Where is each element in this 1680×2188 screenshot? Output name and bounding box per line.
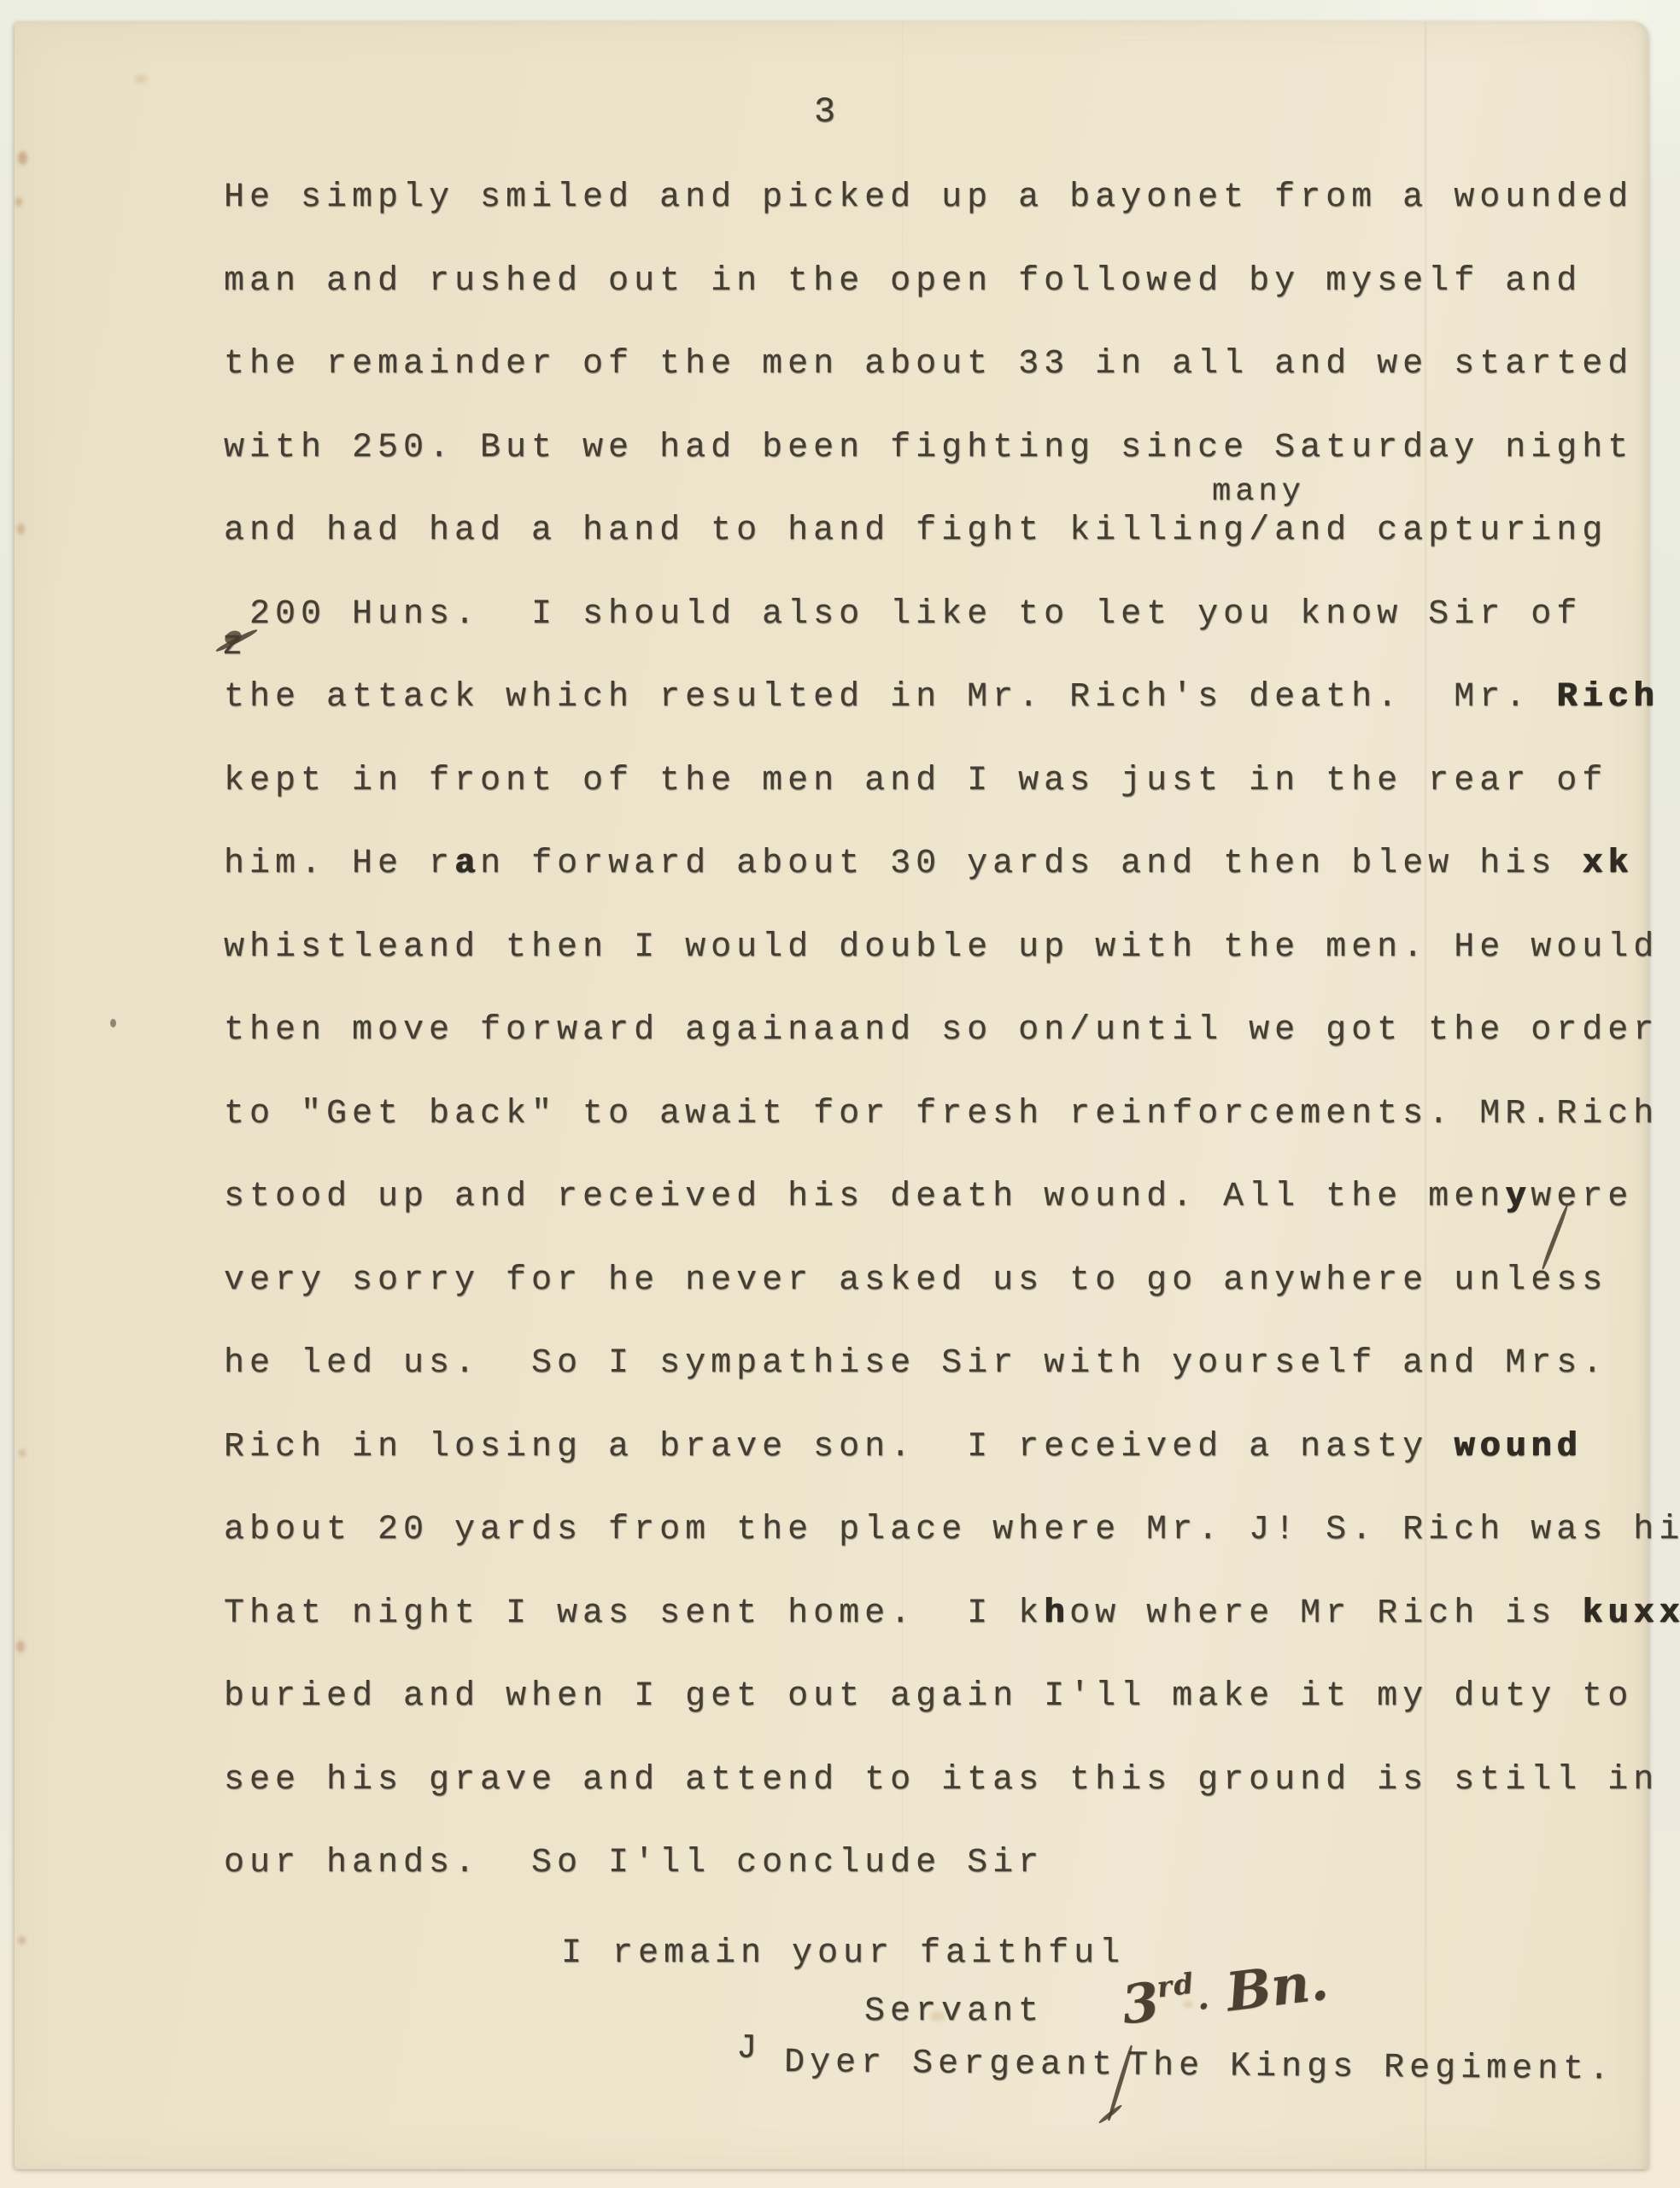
paper-stain — [15, 197, 22, 207]
typed-segment: about 20 yards from the place where Mr. … — [224, 1511, 1680, 1549]
paper-stain — [19, 1449, 26, 1457]
typed-segment: Dyer Sergeant — [784, 2044, 1117, 2085]
typed-segment: the remainder of the men about 33 in all… — [224, 345, 1633, 383]
closing-line-servant: Servant — [864, 1992, 1044, 2031]
typed-segment-overtyped: h — [1044, 1594, 1069, 1633]
paper-stain — [1183, 2001, 1193, 2008]
typed-line: buried and when I get out again I'll mak… — [224, 1655, 1680, 1739]
typed-segment: our hands. So I'll conclude Sir — [224, 1844, 1044, 1882]
typed-segment-overtyped: y — [1505, 1178, 1531, 1216]
typed-line: He simply smiled and picked up a bayonet… — [224, 156, 1680, 240]
typed-segment: He simply smiled and picked up a bayonet… — [224, 178, 1633, 217]
paper-stain — [16, 1641, 25, 1653]
typed-segment: he led us. So I sympathise Sir with your… — [224, 1344, 1607, 1383]
typed-segment: 200 Huns. I should also like to let you … — [224, 595, 1582, 634]
handwritten-battalion-abbrev: Bn. — [1204, 1950, 1332, 2027]
typed-segment: then move forward againaand so on/until … — [224, 1011, 1659, 1050]
typed-segment-raised: J — [736, 2030, 762, 2068]
typed-segment-overtyped: kuxxi — [1582, 1594, 1680, 1633]
typed-segment: the attack which resulted in Mr. Rich's … — [224, 678, 1556, 717]
typed-segment: buried and when I get out again I'll mak… — [224, 1677, 1633, 1716]
letter-page: 3 He simply smiled and picked up a bayon… — [15, 21, 1648, 2169]
typed-line: stood up and received his death wound. A… — [224, 1155, 1680, 1239]
typed-segment: see his grave and attend to itas this gr… — [224, 1761, 1659, 1799]
typed-line: man and rushed out in the open followed … — [224, 240, 1680, 324]
typed-line: and had had a hand to hand fight killing… — [224, 489, 1680, 573]
scanned-letter-background: { "document": { "kind": "typewritten let… — [0, 0, 1680, 2188]
paper-stain — [18, 151, 27, 165]
handwritten-battalion-annotation: 3rd. Bn. — [1118, 1950, 1331, 2037]
typed-line: the attack which resulted in Mr. Rich's … — [224, 656, 1680, 740]
closing-line-faithful: I remain your faithful — [561, 1934, 1125, 1973]
typed-segment: Rich in losing a brave son. I received a… — [224, 1428, 1454, 1466]
typed-segment: man and rushed out in the open followed … — [224, 262, 1582, 301]
typed-segment: I remain your faithful — [561, 1934, 1125, 1973]
typed-line: see his grave and attend to itas this gr… — [224, 1739, 1680, 1822]
typed-line: kept in front of the men and I was just … — [224, 740, 1680, 823]
typed-line: Rich in losing a brave son. I received a… — [224, 1406, 1680, 1489]
typed-segment: and had had a hand to hand fight killing… — [224, 512, 1607, 550]
typed-segment: stood up and received his death wound. A… — [224, 1178, 1505, 1216]
typed-segment: with 250. But we had been fighting since… — [224, 429, 1633, 467]
typed-segment: were — [1531, 1178, 1633, 1216]
typed-segment: to "Get back" to await for fresh reinfor… — [224, 1095, 1659, 1133]
typed-segment-overtyped: a — [454, 845, 480, 883]
typed-segment-overtyped: wound — [1454, 1428, 1582, 1466]
typed-line: him. He ran forward about 30 yards and t… — [224, 822, 1680, 906]
paper-stain — [134, 74, 148, 84]
typed-segment-overtyped: xk — [1582, 845, 1633, 883]
typed-line: he led us. So I sympathise Sir with your… — [224, 1322, 1680, 1406]
typed-segment-after-caret: The Kings Regiment. — [1127, 2047, 1614, 2090]
typed-line: whistleand then I would double up with t… — [224, 906, 1680, 990]
typed-segment: him. He r — [224, 845, 454, 883]
signature-line: JDyer SergeantThe Kings Regiment. — [736, 2044, 1615, 2090]
handwritten-ordinal-suffix: rd — [1155, 1966, 1197, 2004]
typed-line: the remainder of the men about 33 in all… — [224, 323, 1680, 407]
typed-line: very sorry for he never asked us to go a… — [224, 1239, 1680, 1323]
typed-segment: ow where Mr Rich is — [1069, 1594, 1582, 1633]
typed-segment: That night I was sent home. I k — [224, 1594, 1044, 1633]
typed-line: about 20 yards from the place where Mr. … — [224, 1489, 1680, 1572]
typed-line: our hands. So I'll conclude Sir — [224, 1822, 1680, 1905]
typed-line: then move forward againaand so on/until … — [224, 989, 1680, 1073]
typed-segment: n forward about 30 yards and then blew h… — [480, 845, 1582, 883]
interline-insertion-word: many — [1212, 474, 1305, 510]
typed-line: That night I was sent home. I khow where… — [224, 1572, 1680, 1656]
typed-segment: kept in front of the men and I was just … — [224, 762, 1607, 800]
stray-ink-mark — [110, 1019, 116, 1027]
struck-out-character: z — [222, 626, 248, 664]
typed-segment: very sorry for he never asked us to go a… — [224, 1261, 1607, 1300]
typed-segment-overtyped: Rich — [1556, 678, 1659, 717]
paper-stain — [930, 2011, 945, 2021]
paper-stain — [18, 1936, 26, 1945]
handwritten-caret-hook — [1098, 2103, 1123, 2125]
letter-body: He simply smiled and picked up a bayonet… — [224, 156, 1680, 1905]
typed-segment: whistleand then I would double up with t… — [224, 928, 1659, 967]
typed-line: to "Get back" to await for fresh reinfor… — [224, 1073, 1680, 1156]
paper-stain — [17, 524, 25, 535]
page-number: 3 — [814, 91, 840, 132]
typed-segment: Servant — [864, 1992, 1044, 2031]
typed-line: 200 Huns. I should also like to let you … — [224, 573, 1680, 657]
typed-line: with 250. But we had been fighting since… — [224, 407, 1680, 490]
